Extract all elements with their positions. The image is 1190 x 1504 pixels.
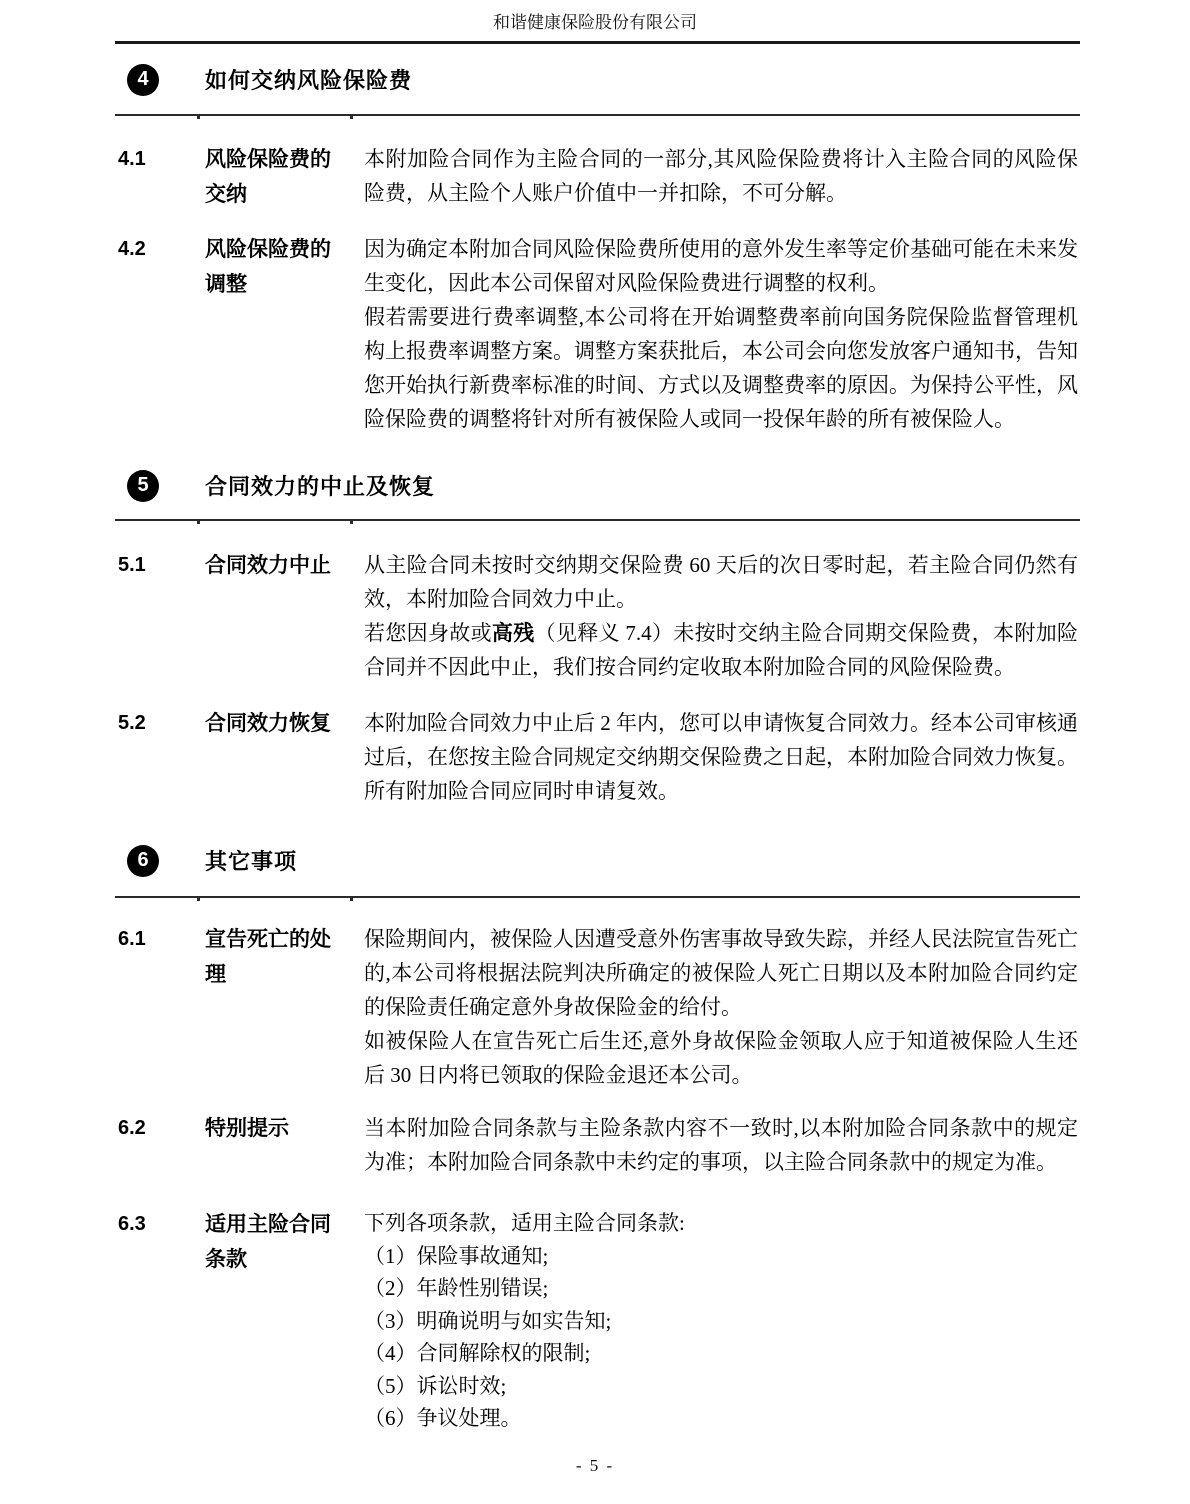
section-rule xyxy=(115,519,1080,521)
clause-number: 5.1 xyxy=(118,548,205,582)
rule-tick xyxy=(350,520,353,524)
clause-body: 下列各项条款，适用主险合同条款: （1）保险事故通知; （2）年龄性别错误; （… xyxy=(364,1207,1078,1435)
rule-tick xyxy=(350,115,353,119)
clause-label: 特别提示 xyxy=(205,1111,364,1146)
section-number-badge: 6 xyxy=(127,845,159,877)
section-number-badge: 5 xyxy=(127,470,159,502)
clause-6-1: 6.1 宣告死亡的处 理 保险期间内，被保险人因遭受意外伤害事故导致失踪，并经人… xyxy=(118,922,1078,1092)
clause-5-1: 5.1 合同效力中止 从主险合同未按时交纳期交保险费 60 天后的次日零时起，若… xyxy=(118,548,1078,684)
clause-number: 4.1 xyxy=(118,142,205,176)
section-6-heading: 6 其它事项 xyxy=(127,844,297,877)
section-title: 其它事项 xyxy=(205,845,297,876)
paragraph: 下列各项条款，适用主险合同条款: xyxy=(364,1207,1078,1240)
clause-label: 合同效力恢复 xyxy=(205,706,364,741)
section-rule xyxy=(115,114,1080,116)
section-4-heading: 4 如何交纳风险保险费 xyxy=(127,63,412,96)
list-item: （3）明确说明与如实告知; xyxy=(364,1305,1078,1338)
paragraph: 本附加险合同效力中止后 2 年内，您可以申请恢复合同效力。经本公司审核通过后，在… xyxy=(364,706,1078,808)
list-item: （5）诉讼时效; xyxy=(364,1370,1078,1403)
clause-label: 风险保险费的 交纳 xyxy=(205,142,364,212)
section-title: 如何交纳风险保险费 xyxy=(205,64,412,95)
header-rule xyxy=(115,41,1080,44)
clause-body: 本附加险合同作为主险合同的一部分,其风险保险费将计入主险合同的风险保险费，从主险… xyxy=(364,142,1078,210)
clause-number: 5.2 xyxy=(118,706,205,740)
paragraph: 假若需要进行费率调整,本公司将在开始调整费率前向国务院保险监督管理机构上报费率调… xyxy=(364,300,1078,436)
section-number-badge: 4 xyxy=(127,64,159,96)
paragraph: 因为确定本附加合同风险保险费所使用的意外发生率等定价基础可能在未来发生变化，因此… xyxy=(364,232,1078,300)
clause-6-2: 6.2 特别提示 当本附加险合同条款与主险条款内容不一致时,以本附加险合同条款中… xyxy=(118,1111,1078,1179)
page-number: - 5 - xyxy=(0,1456,1190,1476)
company-name: 和谐健康保险股份有限公司 xyxy=(0,10,1190,36)
list-item: （1）保险事故通知; xyxy=(364,1240,1078,1273)
paragraph: 若您因身故或高残（见释义 7.4）未按时交纳主险合同期交保险费，本附加险合同并不… xyxy=(364,616,1078,684)
clause-number: 6.3 xyxy=(118,1207,205,1241)
clause-number: 6.1 xyxy=(118,922,205,956)
clause-body: 因为确定本附加合同风险保险费所使用的意外发生率等定价基础可能在未来发生变化，因此… xyxy=(364,232,1078,436)
clause-body: 保险期间内，被保险人因遭受意外伤害事故导致失踪，并经人民法院宣告死亡的,本公司将… xyxy=(364,922,1078,1092)
paragraph: 当本附加险合同条款与主险条款内容不一致时,以本附加险合同条款中的规定为准；本附加… xyxy=(364,1111,1078,1179)
list-item: （6）争议处理。 xyxy=(364,1402,1078,1435)
rule-tick xyxy=(197,897,200,901)
clause-4-2: 4.2 风险保险费的 调整 因为确定本附加合同风险保险费所使用的意外发生率等定价… xyxy=(118,232,1078,436)
clause-label: 风险保险费的 调整 xyxy=(205,232,364,302)
clause-5-2: 5.2 合同效力恢复 本附加险合同效力中止后 2 年内，您可以申请恢复合同效力。… xyxy=(118,706,1078,808)
document-page: 和谐健康保险股份有限公司 4 如何交纳风险保险费 4.1 风险保险费的 交纳 本… xyxy=(0,0,1190,1504)
list-item: （2）年龄性别错误; xyxy=(364,1272,1078,1305)
clause-body: 从主险合同未按时交纳期交保险费 60 天后的次日零时起，若主险合同仍然有效，本附… xyxy=(364,548,1078,684)
text-segment: 若您因身故或 xyxy=(364,621,492,645)
clause-4-1: 4.1 风险保险费的 交纳 本附加险合同作为主险合同的一部分,其风险保险费将计入… xyxy=(118,142,1078,212)
clause-label: 合同效力中止 xyxy=(205,548,364,583)
rule-tick xyxy=(350,897,353,901)
bold-term: 高残 xyxy=(492,621,535,645)
rule-tick xyxy=(197,115,200,119)
clause-body: 当本附加险合同条款与主险条款内容不一致时,以本附加险合同条款中的规定为准；本附加… xyxy=(364,1111,1078,1179)
list-item: （4）合同解除权的限制; xyxy=(364,1337,1078,1370)
clause-number: 6.2 xyxy=(118,1111,205,1145)
section-rule xyxy=(115,896,1080,898)
clause-label: 适用主险合同 条款 xyxy=(205,1207,364,1277)
rule-tick xyxy=(197,520,200,524)
paragraph: 本附加险合同作为主险合同的一部分,其风险保险费将计入主险合同的风险保险费，从主险… xyxy=(364,142,1078,210)
paragraph: 保险期间内，被保险人因遭受意外伤害事故导致失踪，并经人民法院宣告死亡的,本公司将… xyxy=(364,922,1078,1024)
paragraph: 从主险合同未按时交纳期交保险费 60 天后的次日零时起，若主险合同仍然有效，本附… xyxy=(364,548,1078,616)
clause-label: 宣告死亡的处 理 xyxy=(205,922,364,992)
clause-number: 4.2 xyxy=(118,232,205,266)
clause-body: 本附加险合同效力中止后 2 年内，您可以申请恢复合同效力。经本公司审核通过后，在… xyxy=(364,706,1078,808)
section-5-heading: 5 合同效力的中止及恢复 xyxy=(127,469,435,502)
clause-6-3: 6.3 适用主险合同 条款 下列各项条款，适用主险合同条款: （1）保险事故通知… xyxy=(118,1207,1078,1435)
section-title: 合同效力的中止及恢复 xyxy=(205,470,435,501)
paragraph: 如被保险人在宣告死亡后生还,意外身故保险金领取人应于知道被保险人生还后 30 日… xyxy=(364,1024,1078,1092)
